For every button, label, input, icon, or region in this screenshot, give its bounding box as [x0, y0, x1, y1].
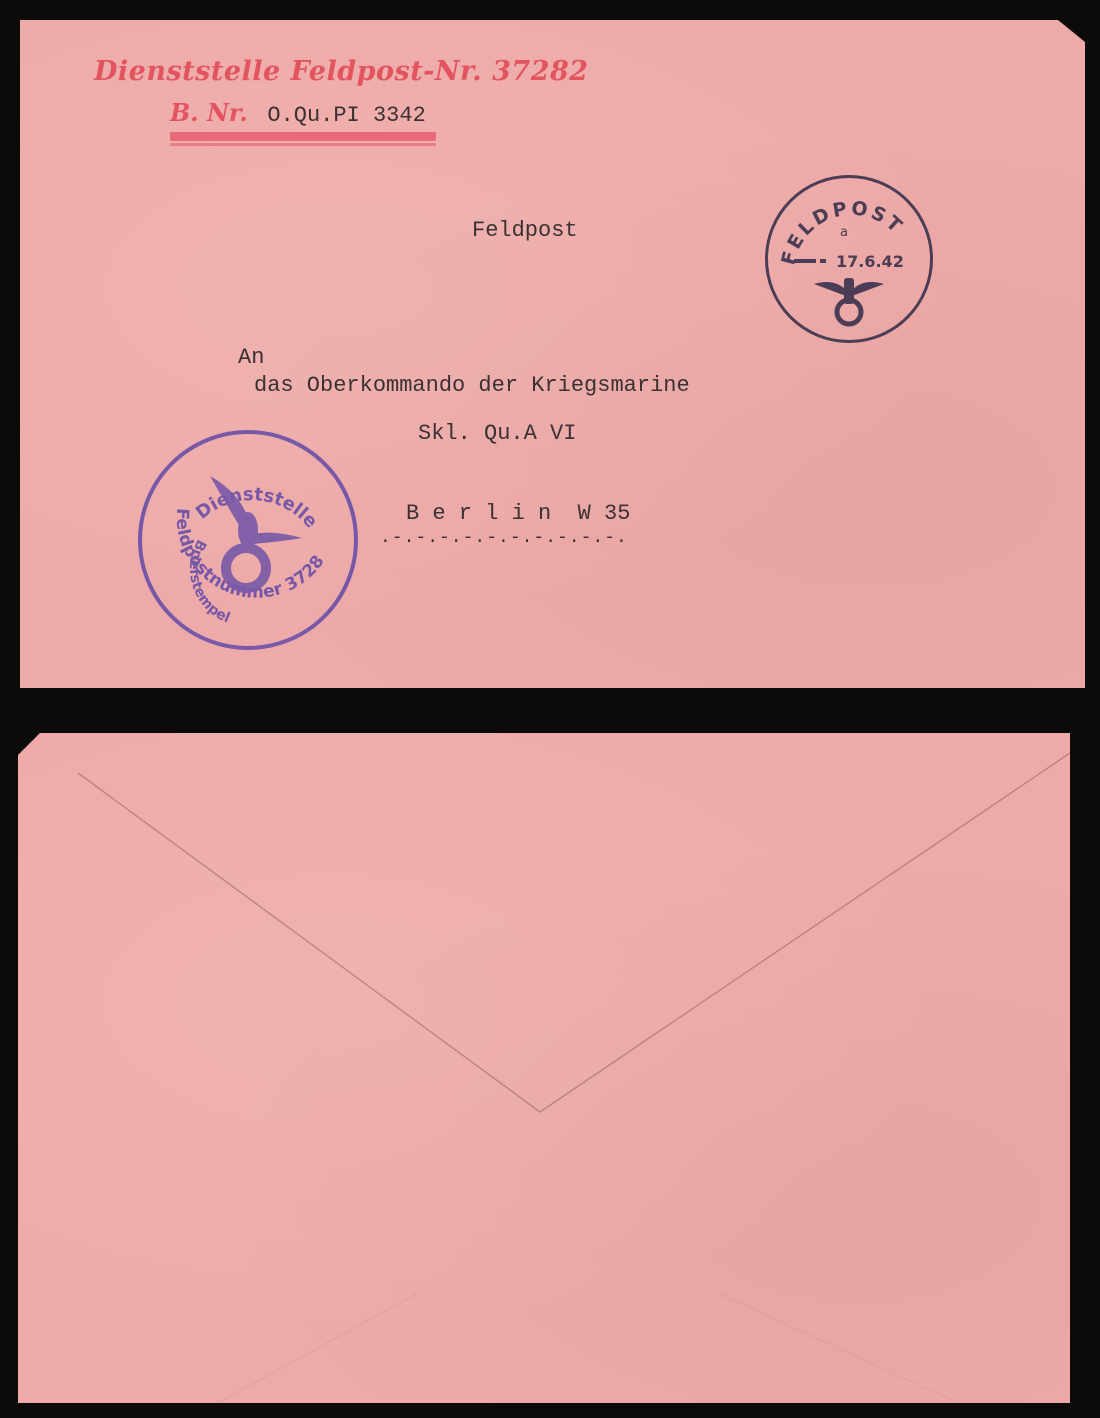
address-city: B e r l i n W 35: [406, 501, 630, 526]
postmark-letter: a: [840, 225, 848, 240]
sender-stamp-line1: Dienststelle Feldpost-Nr. 37282: [94, 56, 589, 87]
address-prefix: An: [238, 345, 264, 370]
sender-underline-secondary: [170, 143, 436, 146]
address-line2: Skl. Qu.A VI: [418, 421, 576, 446]
bnr-value: O.Qu.PI 3342: [267, 103, 425, 128]
envelope-front: Dienststelle Feldpost-Nr. 37282 B. Nr. O…: [20, 20, 1085, 688]
sender-stamp-line2: B. Nr. O.Qu.PI 3342: [170, 98, 426, 128]
office-stamp: Dienststelle Feldpostnummer 37282 Briefs…: [138, 430, 358, 650]
address-underline: .-.-.-.-.-.-.-.-.-.-.: [380, 528, 628, 548]
envelope-flap: [18, 733, 1070, 1403]
address-line1: das Oberkommando der Kriegsmarine: [254, 373, 690, 398]
bnr-label: B. Nr.: [170, 98, 248, 127]
service-label: Feldpost: [472, 218, 578, 243]
envelope-back: [18, 733, 1070, 1403]
postmark-date: 17.6.42: [836, 252, 904, 271]
postmark-emblem-icon: [814, 278, 884, 324]
postmark-graphic: FELDPOST a 17.6.42: [768, 178, 930, 340]
office-stamp-graphic: Dienststelle Feldpostnummer 37282 Briefs…: [142, 434, 354, 646]
postmark: FELDPOST a 17.6.42: [765, 175, 933, 343]
sender-underline: [170, 132, 436, 141]
